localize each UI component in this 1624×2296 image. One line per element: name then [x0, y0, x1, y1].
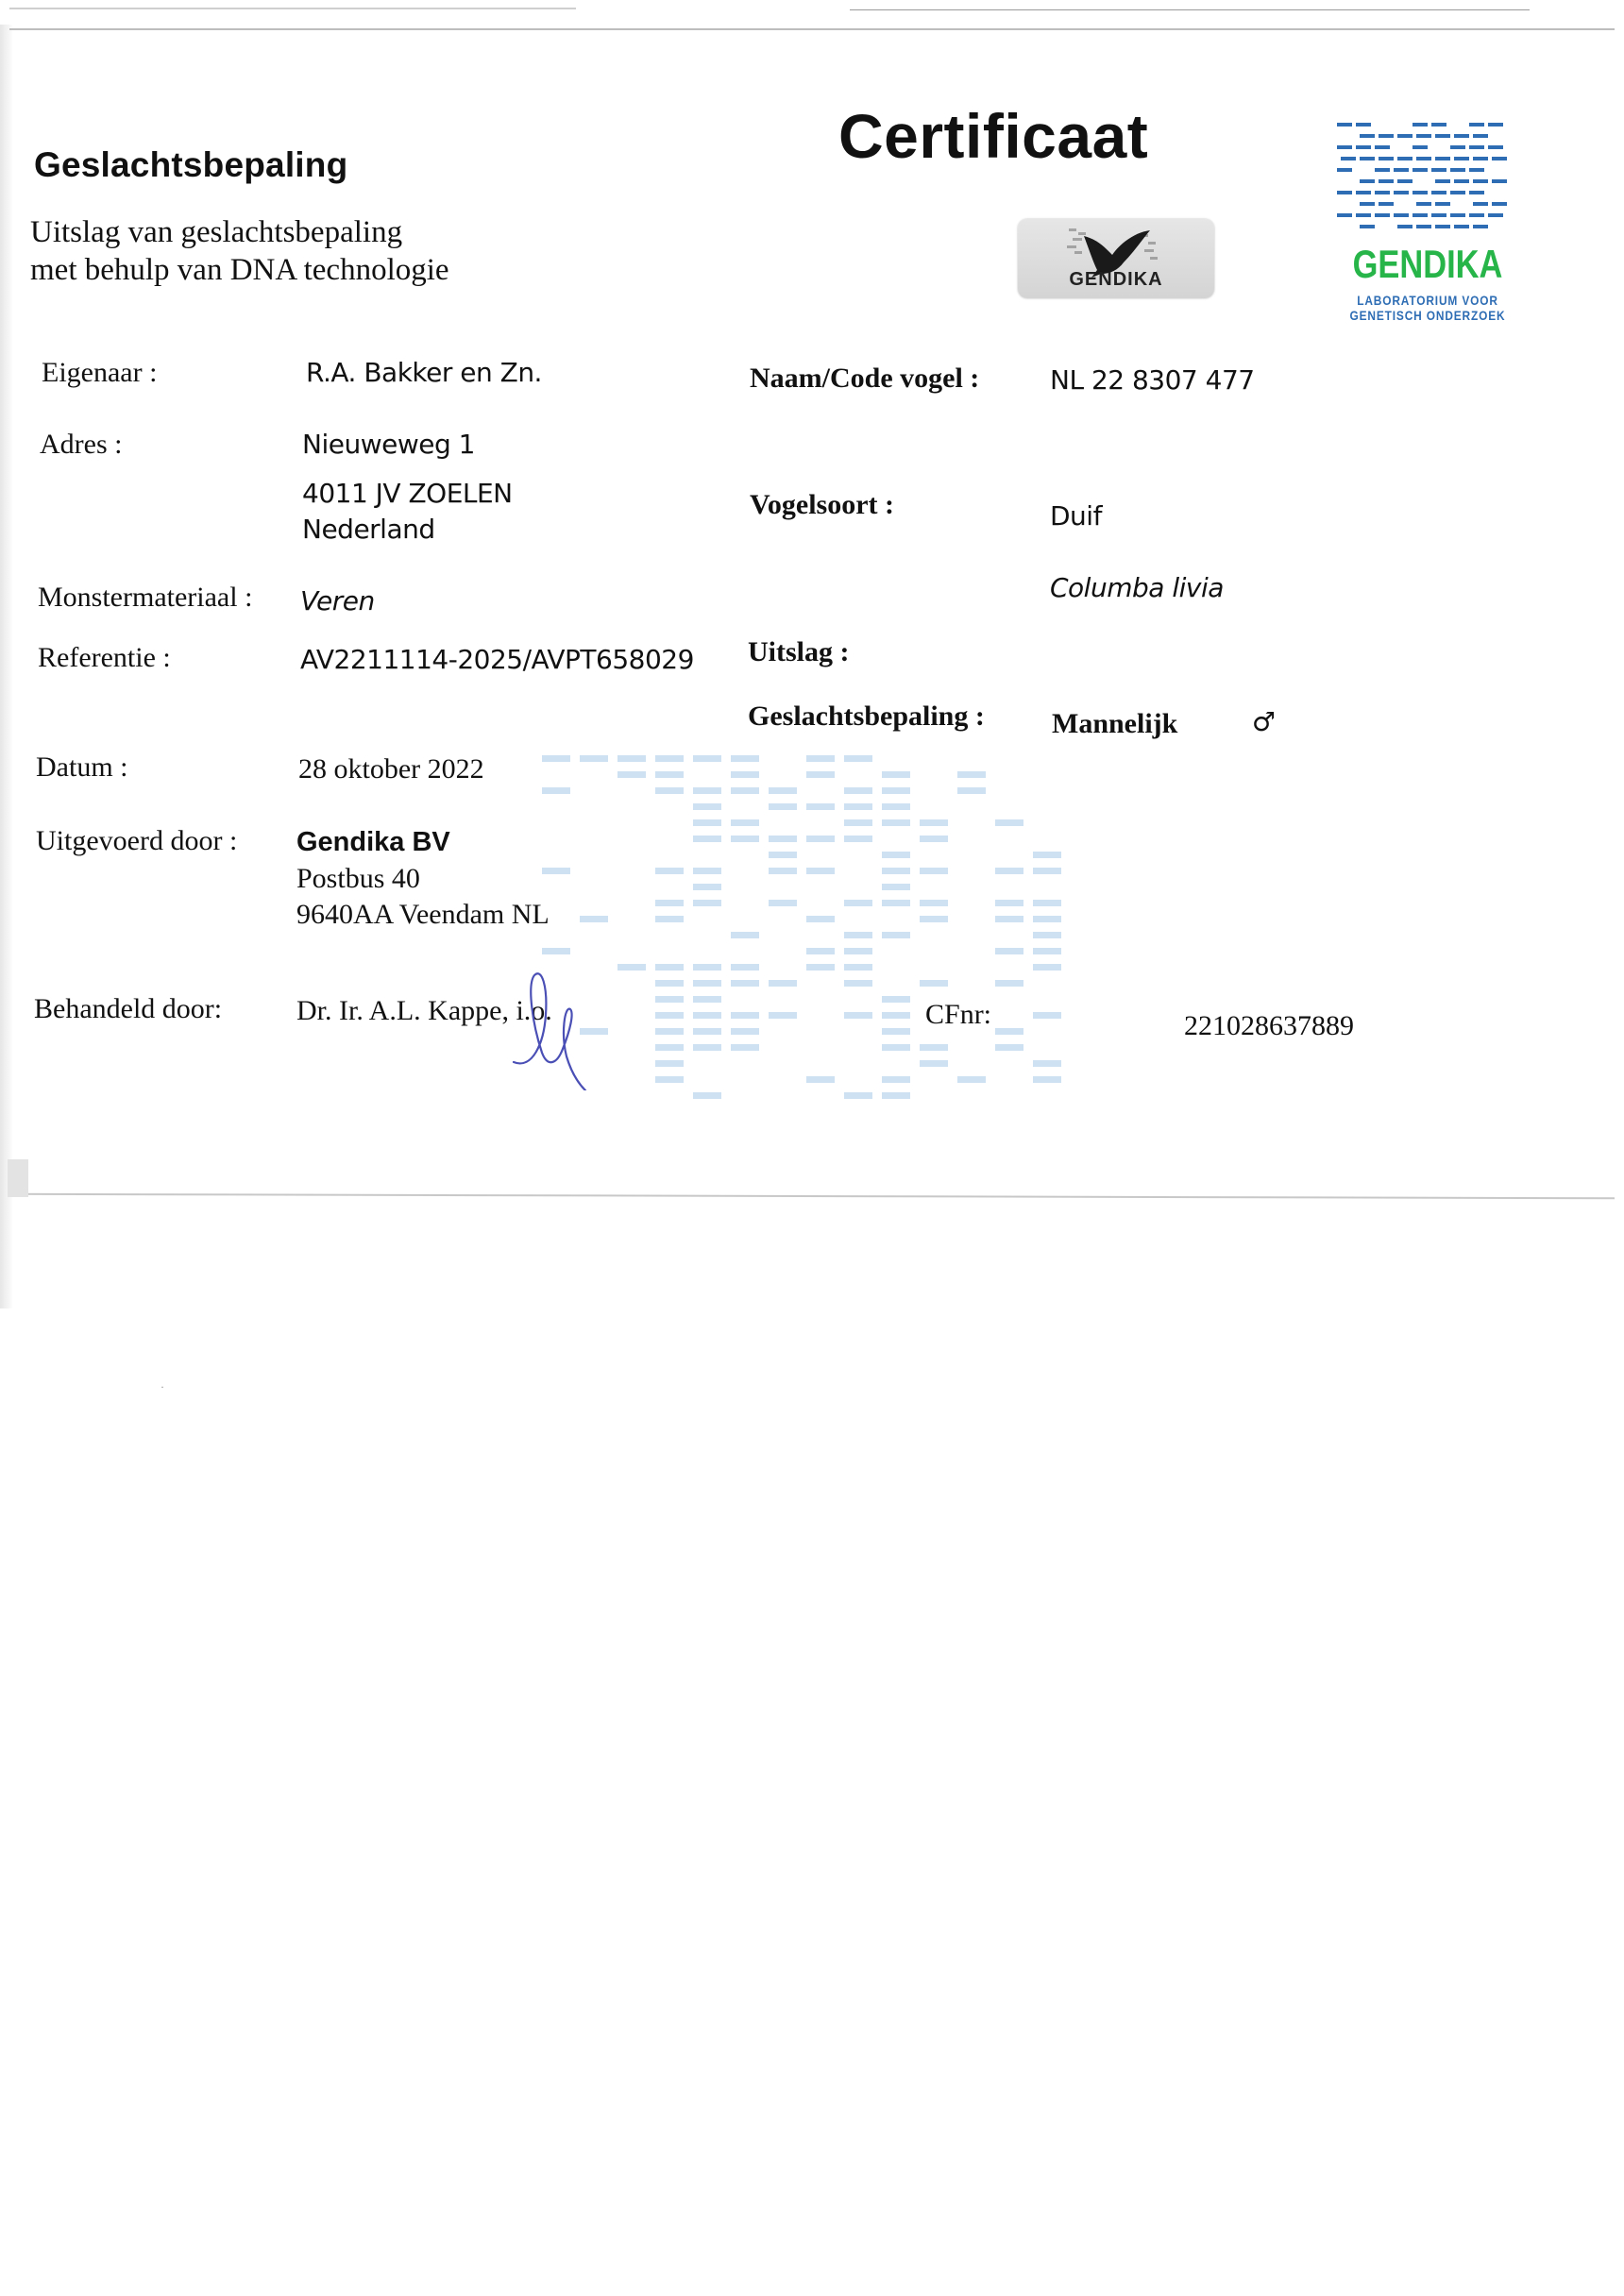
performed-by-label: Uitgevoerd door : — [36, 825, 237, 857]
reference-label: Referentie : — [38, 642, 171, 674]
sample-material-value: Veren — [300, 585, 375, 616]
logo-tagline-line1: LABORATORIUM VOOR — [1345, 293, 1512, 308]
owner-value: R.A. Bakker en Zn. — [306, 357, 542, 388]
handled-by-label: Behandeld door: — [34, 993, 222, 1025]
male-symbol-icon: ♂ — [1252, 706, 1276, 737]
logo-tagline-line2: GENETISCH ONDERZOEK — [1345, 308, 1512, 323]
species-common: Duif — [1050, 500, 1102, 532]
address-line1: Nieuweweg 1 — [302, 429, 475, 460]
certificate: Geslachtsbepaling Uitslag van geslachtsb… — [13, 28, 1609, 1171]
document-subtitle-line2: met behulp van DNA technologie — [30, 251, 449, 289]
cf-number-value: 221028637889 — [1184, 1010, 1354, 1042]
scan-line — [9, 1193, 1615, 1199]
signature-icon — [504, 958, 608, 1090]
dna-watermark-icon — [542, 755, 1108, 1114]
reference-value: AV2211114-2025/AVPT658029 — [300, 644, 694, 675]
gendika-logo: GENDIKA LABORATORIUM VOOR GENETISCH ONDE… — [1329, 113, 1518, 340]
logo-name: GENDIKA — [1347, 242, 1509, 287]
performed-by-line2: 9640AA Veendam NL — [296, 899, 550, 931]
scan-edge — [0, 25, 13, 1308]
certificate-title: Certificaat — [838, 100, 1148, 172]
hologram-seal: GENDIKA — [1018, 219, 1214, 298]
date-value: 28 oktober 2022 — [298, 753, 484, 785]
performed-by-line1: Postbus 40 — [296, 863, 420, 895]
date-label: Datum : — [36, 751, 128, 784]
document-title: Geslachtsbepaling — [34, 145, 347, 185]
scan-line — [9, 8, 576, 9]
sample-material-label: Monstermateriaal : — [38, 582, 252, 614]
address-label: Adres : — [40, 429, 122, 461]
seal-label: GENDIKA — [1018, 269, 1214, 291]
sex-determination-label: Geslachtsbepaling : — [748, 701, 985, 733]
address-line2: 4011 JV ZOELEN — [302, 478, 513, 509]
scan-line — [850, 9, 1530, 10]
document-subtitle-line1: Uitslag van geslachtsbepaling — [30, 213, 402, 251]
owner-label: Eigenaar : — [42, 357, 157, 389]
bird-code-value: NL 22 8307 477 — [1050, 364, 1255, 396]
bird-code-label: Naam/Code vogel : — [750, 363, 979, 395]
scan-speck: · — [161, 1380, 164, 1394]
species-label: Vogelsoort : — [750, 489, 894, 521]
species-latin: Columba livia — [1050, 572, 1224, 603]
result-label: Uitslag : — [748, 636, 850, 668]
dna-bands-logo-icon — [1337, 123, 1516, 238]
address-line3: Nederland — [302, 514, 435, 545]
cf-number-label: CFnr: — [925, 999, 991, 1031]
performed-by-company: Gendika BV — [296, 827, 450, 858]
sex-determination-value: Mannelijk — [1052, 708, 1177, 740]
